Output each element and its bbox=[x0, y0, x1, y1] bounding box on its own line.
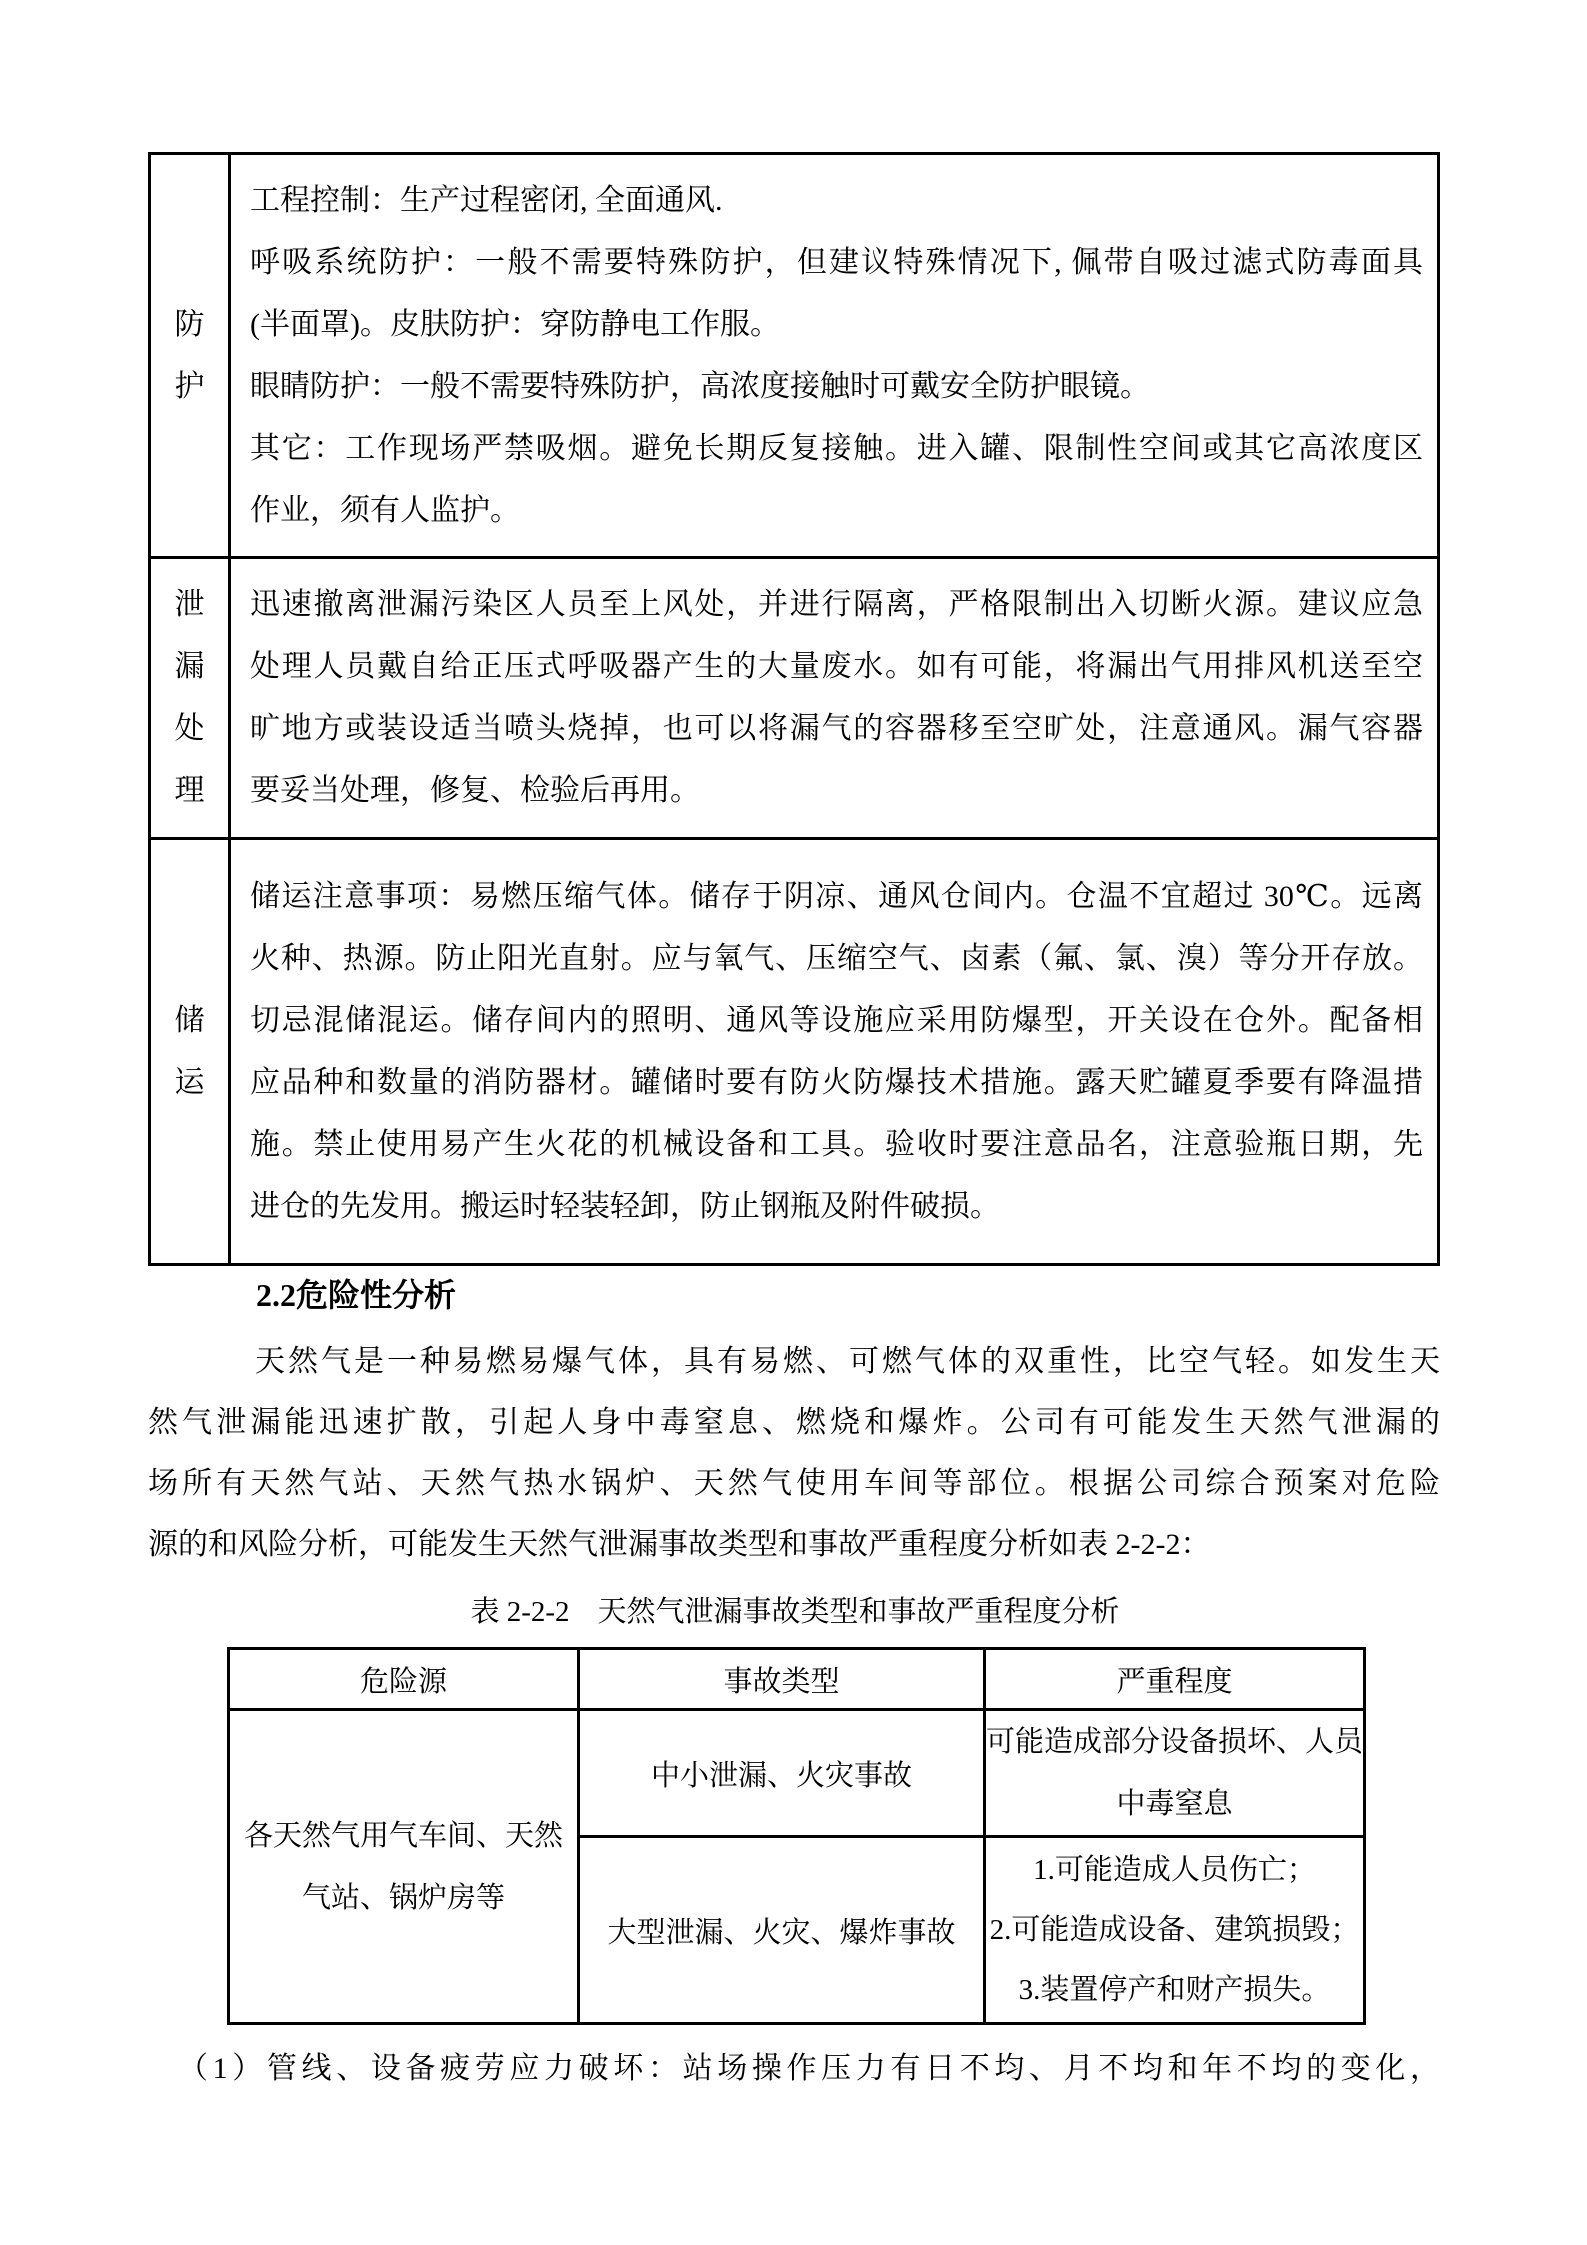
text-line: 作业，须有人监护。 bbox=[250, 480, 1423, 542]
hazard-table-row: 各天然气用气车间、天然 气站、锅炉房等 中小泄漏、火灾事故 可能造成部分设备损坏… bbox=[229, 1710, 1365, 1837]
text-line: 处理人员戴自给正压式呼吸器产生的大量废水。如有可能，将漏出气用排风机送至空 bbox=[250, 636, 1423, 698]
hazard-table: 危险源 事故类型 严重程度 各天然气用气车间、天然 气站、锅炉房等 中小泄漏、火… bbox=[227, 1647, 1366, 2025]
document-page: 防 护 工程控制：生产过程密闭, 全面通风. 呼吸系统防护：一般不需要特殊防护，… bbox=[0, 0, 1587, 2245]
text-line: 中毒窒息 bbox=[986, 1773, 1363, 1835]
safety-row-storage: 储 运 储运注意事项：易燃压缩气体。储存于阴凉、通风仓间内。仓温不宜超过 30℃… bbox=[151, 837, 1437, 1263]
text-line: 施。禁止使用易产生火花的机械设备和工具。验收时要注意品名，注意验瓶日期，先 bbox=[250, 1114, 1423, 1176]
row-label-protection: 防 护 bbox=[151, 155, 231, 556]
text-line: 1.可能造成人员伤亡； bbox=[986, 1840, 1363, 1900]
header-hazard-source: 危险源 bbox=[229, 1649, 579, 1710]
header-accident-type: 事故类型 bbox=[579, 1649, 985, 1710]
text-line: 旷地方或装设适当喷头烧掉，也可以将漏气的容器移至空旷处，注意通风。漏气容器 bbox=[250, 698, 1423, 760]
label-char: 理 bbox=[175, 760, 205, 822]
text-line: 可能造成部分设备损坏、人员 bbox=[986, 1711, 1363, 1773]
text-line: 工程控制：生产过程密闭, 全面通风. bbox=[250, 170, 1423, 232]
table-caption: 表 2-2-2天然气泄漏事故类型和事故严重程度分析 bbox=[227, 1588, 1363, 1636]
label-char: 储 bbox=[175, 990, 205, 1052]
paragraph-line: 源的和风险分析，可能发生天然气泄漏事故类型和事故严重程度分析如表 2-2-2： bbox=[148, 1514, 1440, 1575]
text-line: 应品种和数量的消防器材。罐储时要有防火防爆技术措施。露天贮罐夏季要有降温措 bbox=[250, 1052, 1423, 1114]
text-line: 火种、热源。防止阳光直射。应与氧气、压缩空气、卤素（氟、氯、溴）等分开存放。 bbox=[250, 928, 1423, 990]
text-line: 各天然气用气车间、天然 bbox=[230, 1805, 577, 1867]
protection-cell: 工程控制：生产过程密闭, 全面通风. 呼吸系统防护：一般不需要特殊防护，但建议特… bbox=[231, 155, 1437, 556]
table-caption-title: 天然气泄漏事故类型和事故严重程度分析 bbox=[598, 1596, 1120, 1628]
text-line: 呼吸系统防护：一般不需要特殊防护，但建议特殊情况下, 佩带自吸过滤式防毒面具 bbox=[250, 232, 1423, 294]
text-line: (半面罩)。皮肤防护：穿防静电工作服。 bbox=[250, 294, 1423, 356]
safety-row-leak-handling: 泄 漏 处 理 迅速撤离泄漏污染区人员至上风处，并进行隔离，严格限制出入切断火源… bbox=[151, 556, 1437, 837]
hazard-source-cell: 各天然气用气车间、天然 气站、锅炉房等 bbox=[229, 1710, 579, 2024]
accident-type-cell: 大型泄漏、火灾、爆炸事故 bbox=[579, 1837, 985, 2024]
safety-table: 防 护 工程控制：生产过程密闭, 全面通风. 呼吸系统防护：一般不需要特殊防护，… bbox=[148, 152, 1440, 1266]
hazard-table-header-row: 危险源 事故类型 严重程度 bbox=[229, 1649, 1365, 1710]
severity-cell: 可能造成部分设备损坏、人员 中毒窒息 bbox=[985, 1710, 1365, 1837]
label-char: 泄 bbox=[175, 574, 205, 636]
storage-cell: 储运注意事项：易燃压缩气体。储存于阴凉、通风仓间内。仓温不宜超过 30℃。远离 … bbox=[231, 840, 1437, 1263]
row-label-leak-handling: 泄 漏 处 理 bbox=[151, 559, 231, 837]
text-line: 迅速撤离泄漏污染区人员至上风处，并进行隔离，严格限制出入切断火源。建议应急 bbox=[250, 574, 1423, 636]
text-line: 气站、锅炉房等 bbox=[230, 1867, 577, 1929]
text-line: 2.可能造成设备、建筑损毁； bbox=[986, 1900, 1363, 1960]
label-char: 处 bbox=[175, 698, 205, 760]
paragraph-line: 天然气是一种易燃易爆气体，具有易燃、可燃气体的双重性，比空气轻。如发生天 bbox=[148, 1331, 1440, 1392]
paragraph-line: 场所有天然气站、天然气热水锅炉、天然气使用车间等部位。根据公司综合预案对危险 bbox=[148, 1453, 1440, 1514]
text-line: 其它：工作现场严禁吸烟。避免长期反复接触。进入罐、限制性空间或其它高浓度区 bbox=[250, 418, 1423, 480]
label-char: 防 bbox=[175, 294, 205, 356]
text-line: 3.装置停产和财产损失。 bbox=[986, 1960, 1363, 2020]
text-line: 切忌混储混运。储存间内的照明、通风等设施应采用防爆型，开关设在仓外。配备相 bbox=[250, 990, 1423, 1052]
safety-row-protection: 防 护 工程控制：生产过程密闭, 全面通风. 呼吸系统防护：一般不需要特殊防护，… bbox=[151, 155, 1437, 556]
row-label-storage: 储 运 bbox=[151, 840, 231, 1263]
text-line: 储运注意事项：易燃压缩气体。储存于阴凉、通风仓间内。仓温不宜超过 30℃。远离 bbox=[250, 866, 1423, 928]
table-caption-label: 表 2-2-2 bbox=[470, 1596, 569, 1628]
text-line: 眼睛防护：一般不需要特殊防护，高浓度接触时可戴安全防护眼镜。 bbox=[250, 356, 1423, 418]
section-heading: 2.2危险性分析 bbox=[256, 1271, 456, 1319]
severity-cell: 1.可能造成人员伤亡； 2.可能造成设备、建筑损毁； 3.装置停产和财产损失。 bbox=[985, 1837, 1365, 2024]
text-line: 进仓的先发用。搬运时轻装轻卸，防止钢瓶及附件破损。 bbox=[250, 1176, 1423, 1238]
footer-paragraph: （1）管线、设备疲劳应力破坏：站场操作压力有日不均、月不均和年不均的变化， bbox=[148, 2038, 1440, 2099]
text-line: 要妥当处理，修复、检验后再用。 bbox=[250, 760, 1423, 822]
paragraph-text: 天然气是一种易燃易爆气体，具有易燃、可燃气体的双重性，比空气轻。如发生天 bbox=[252, 1345, 1440, 1378]
body-paragraph: 天然气是一种易燃易爆气体，具有易燃、可燃气体的双重性，比空气轻。如发生天 然气泄… bbox=[148, 1331, 1440, 1575]
label-char: 护 bbox=[175, 356, 205, 418]
leak-handling-cell: 迅速撤离泄漏污染区人员至上风处，并进行隔离，严格限制出入切断火源。建议应急 处理… bbox=[231, 559, 1437, 837]
label-char: 漏 bbox=[175, 636, 205, 698]
paragraph-line: 然气泄漏能迅速扩散，引起人身中毒窒息、燃烧和爆炸。公司有可能发生天然气泄漏的 bbox=[148, 1392, 1440, 1453]
header-severity: 严重程度 bbox=[985, 1649, 1365, 1710]
label-char: 运 bbox=[175, 1052, 205, 1114]
accident-type-cell: 中小泄漏、火灾事故 bbox=[579, 1710, 985, 1837]
